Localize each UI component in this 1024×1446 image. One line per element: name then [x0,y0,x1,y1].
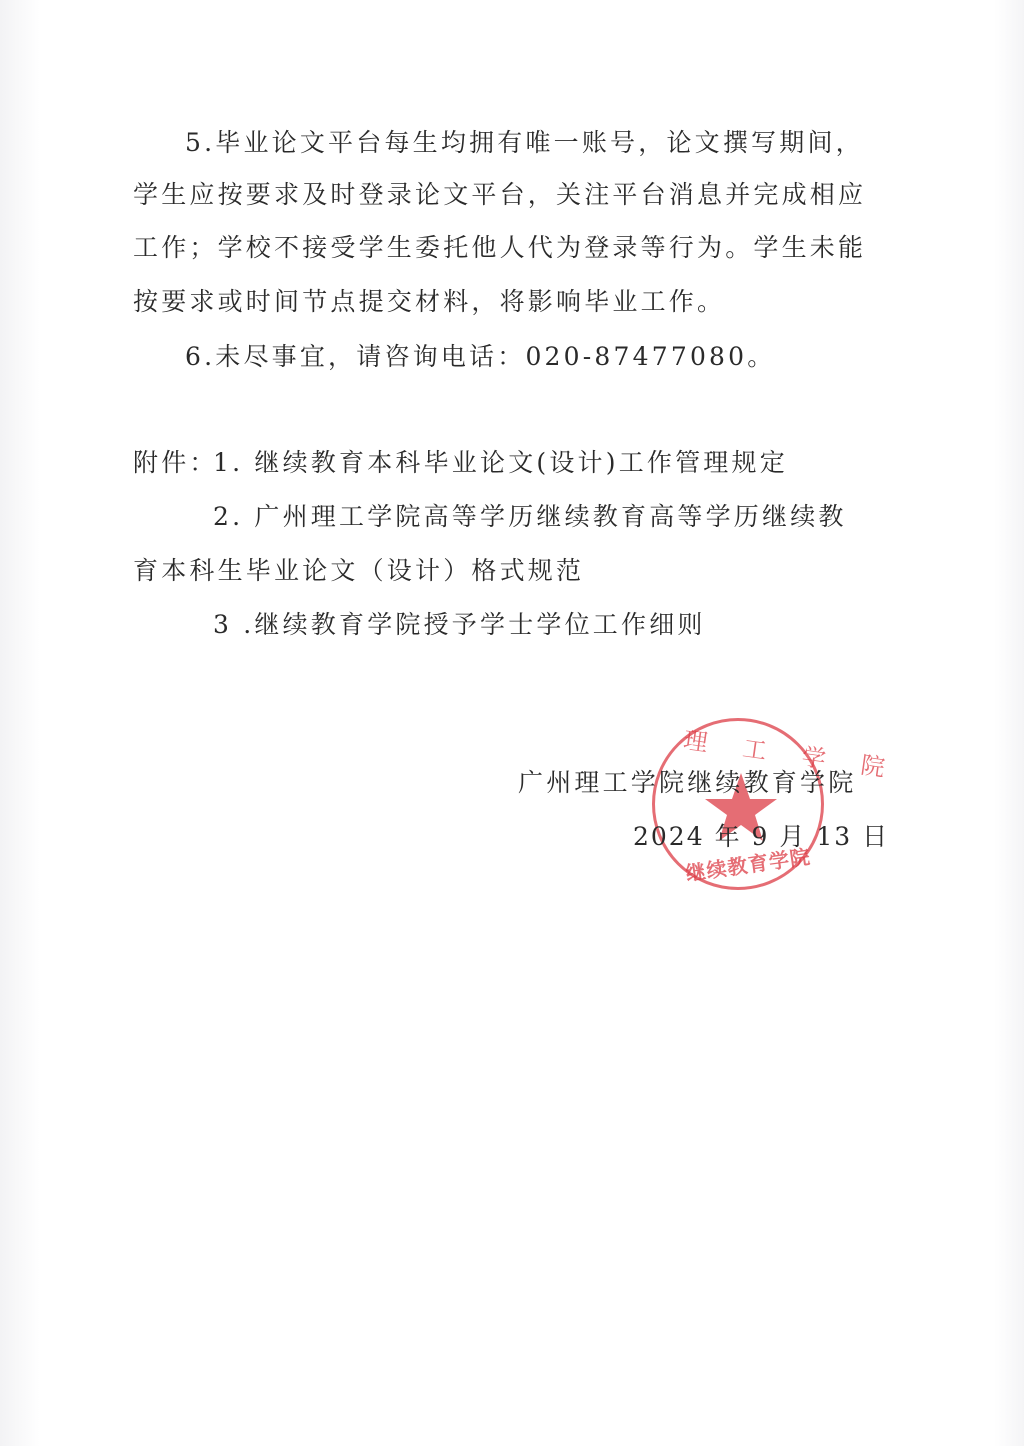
attachment-item-1: 1. 继续教育本科毕业论文(设计)工作管理规定 [213,448,788,478]
signing-date: 2024 年 9 月 13 日 [633,822,889,852]
page-edge-shade-left [0,0,40,1446]
official-seal-stamp: 理 工 学 院 继续教育学院 [652,718,824,890]
attachment-item-2-line-1: 2. 广州理工学院高等学历继续教育高等学历继续教 [213,502,847,532]
paragraph-6-line-1: 6.未尽事宜，请咨询电话：020-87477080。 [185,342,775,372]
attachment-item-3: 3 .继续教育学院授予学士学位工作细则 [213,610,706,640]
paragraph-5-line-2: 学生应按要求及时登录论文平台，关注平台消息并完成相应 [133,180,866,210]
paragraph-5-line-1: 5.毕业论文平台每生均拥有唯一账号，论文撰写期间， [185,128,864,158]
attachments-label: 附件： [133,448,218,478]
paragraph-5-line-3: 工作；学校不接受学生委托他人代为登录等行为。学生未能 [133,233,866,263]
attachment-item-2-line-2: 育本科生毕业论文（设计）格式规范 [133,556,584,586]
signing-organization: 广州理工学院继续教育学院 [518,768,856,798]
page-edge-shade-right [994,0,1024,1446]
paragraph-5-line-4: 按要求或时间节点提交材料，将影响毕业工作。 [133,287,725,317]
